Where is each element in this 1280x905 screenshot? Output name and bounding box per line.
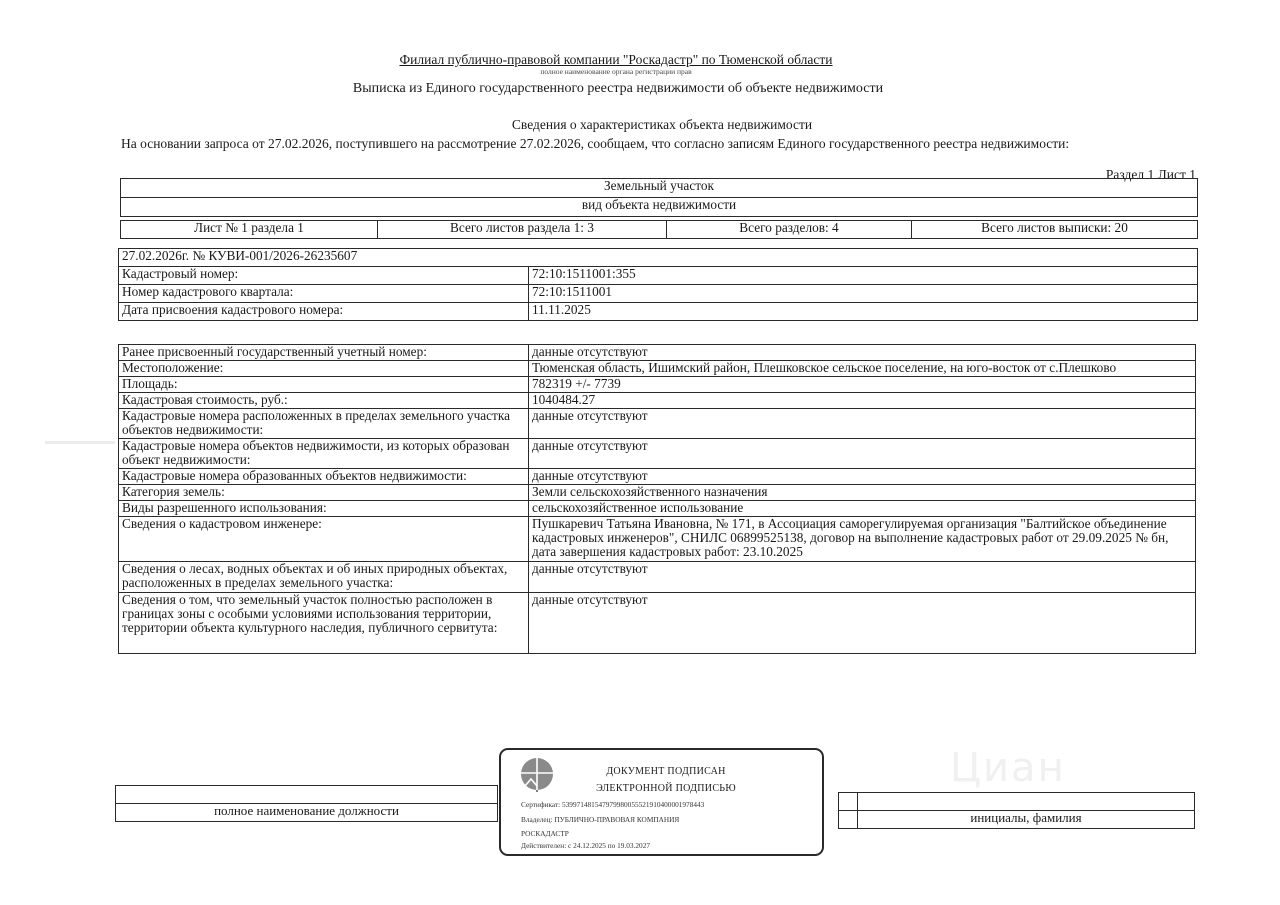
intro-text: На основании запроса от 27.02.2026, пост… [121,136,1069,152]
stamp-owner-name: РОСКАДАСТР [521,829,569,838]
object-kind: Земельный участок [121,179,1198,198]
table-row: Ранее присвоенный государственный учетны… [119,345,1196,361]
row-value: данные отсутствуют [529,345,1196,361]
document-title: Выписка из Единого государственного реес… [0,81,1236,97]
table-row: Сведения о кадастровом инженере:Пушкарев… [119,517,1196,562]
row-label: Кадастровые номера образованных объектов… [119,469,529,485]
table-row: Номер кадастрового квартала: 72:10:15110… [119,285,1198,303]
row-value: данные отсутствуют [529,469,1196,485]
row-value: данные отсутствуют [529,409,1196,439]
record-table: 27.02.2026г. № КУВИ-001/2026-26235607 Ка… [118,248,1198,321]
row-label: Сведения о кадастровом инженере: [119,517,529,562]
organization-name: Филиал публично-правовой компании "Роска… [0,52,1232,68]
position-signature-table: полное наименование должности [115,785,498,822]
table-row: Сведения о лесах, водных объектах и об и… [119,562,1196,593]
section-sheets-count: Всего листов раздела 1: 3 [378,221,667,239]
record-reference: 27.02.2026г. № КУВИ-001/2026-26235607 [119,249,1198,267]
row-label: Местоположение: [119,361,529,377]
row-value: данные отсутствуют [529,562,1196,593]
table-row: Кадастровые номера расположенных в преде… [119,409,1196,439]
row-label: Дата присвоения кадастрового номера: [119,303,529,321]
area-value: 782319 +/- 7739 [529,377,1196,393]
position-blank [116,786,498,804]
stamp-owner: Владелец: ПУБЛИЧНО-ПРАВОВАЯ КОМПАНИЯ [521,815,679,824]
electronic-signature-stamp: ДОКУМЕНТ ПОДПИСАН ЭЛЕКТРОННОЙ ПОДПИСЬЮ С… [499,748,824,856]
table-row: Кадастровые номера объектов недвижимости… [119,439,1196,469]
table-row: Категория земель:Земли сельскохозяйствен… [119,485,1196,501]
row-label: Кадастровые номера расположенных в преде… [119,409,529,439]
extract-sheets-count: Всего листов выписки: 20 [912,221,1198,239]
cadastral-quarter: 72:10:1511001 [529,285,1198,303]
sheet-number: Лист № 1 раздела 1 [121,221,378,239]
scan-smudge [45,441,115,444]
sheets-table: Лист № 1 раздела 1 Всего листов раздела … [120,220,1198,239]
object-kind-table: Земельный участок вид объекта недвижимос… [120,178,1198,217]
land-category-value: Земли сельскохозяйственного назначения [529,485,1196,501]
permitted-use-value: сельскохозяйственное использование [529,501,1196,517]
table-row: Кадастровая стоимость, руб.:1040484.27 [119,393,1196,409]
stamp-line-1: ДОКУМЕНТ ПОДПИСАН [501,766,831,777]
row-label: Номер кадастрового квартала: [119,285,529,303]
details-table: Ранее присвоенный государственный учетны… [118,344,1196,654]
table-row: Сведения о том, что земельный участок по… [119,593,1196,654]
row-label: Кадастровая стоимость, руб.: [119,393,529,409]
sections-count: Всего разделов: 4 [667,221,912,239]
table-row: Дата присвоения кадастрового номера: 11.… [119,303,1198,321]
name-signature-table: инициалы, фамилия [838,792,1195,829]
organization-caption: полное наименование органа регистрации п… [0,67,1232,76]
row-label: Ранее присвоенный государственный учетны… [119,345,529,361]
row-label: Сведения о лесах, водных объектах и об и… [119,562,529,593]
stamp-certificate: Сертификат: 5399714815479799800555219104… [521,800,704,809]
cadastral-value: 1040484.27 [529,393,1196,409]
cadastral-number: 72:10:1511001:355 [529,267,1198,285]
table-row: Местоположение:Тюменская область, Ишимск… [119,361,1196,377]
row-label: Сведения о том, что земельный участок по… [119,593,529,654]
object-kind-caption: вид объекта недвижимости [121,198,1198,217]
table-row: Кадастровые номера образованных объектов… [119,469,1196,485]
name-caption: инициалы, фамилия [858,811,1195,829]
stamp-validity: Действителен: с 24.12.2025 по 19.03.2027 [521,841,650,850]
position-caption: полное наименование должности [116,804,498,822]
row-label: Площадь: [119,377,529,393]
assignment-date: 11.11.2025 [529,303,1198,321]
name-spacer [839,811,858,829]
row-value: данные отсутствуют [529,593,1196,654]
row-label: Кадастровые номера объектов недвижимости… [119,439,529,469]
stamp-line-2: ЭЛЕКТРОННОЙ ПОДПИСЬЮ [501,783,831,794]
name-spacer [839,793,858,811]
table-row: Кадастровый номер: 72:10:1511001:355 [119,267,1198,285]
engineer-value: Пушкаревич Татьяна Ивановна, № 171, в Ас… [529,517,1196,562]
location-value: Тюменская область, Ишимский район, Плешк… [529,361,1196,377]
name-blank [858,793,1195,811]
row-value: данные отсутствуют [529,439,1196,469]
section-title: Сведения о характеристиках объекта недви… [0,117,1280,133]
row-label: Кадастровый номер: [119,267,529,285]
table-row: Площадь:782319 +/- 7739 [119,377,1196,393]
row-label: Виды разрешенного использования: [119,501,529,517]
row-label: Категория земель: [119,485,529,501]
table-row: Виды разрешенного использования:сельскох… [119,501,1196,517]
watermark: Циан [950,745,1066,791]
